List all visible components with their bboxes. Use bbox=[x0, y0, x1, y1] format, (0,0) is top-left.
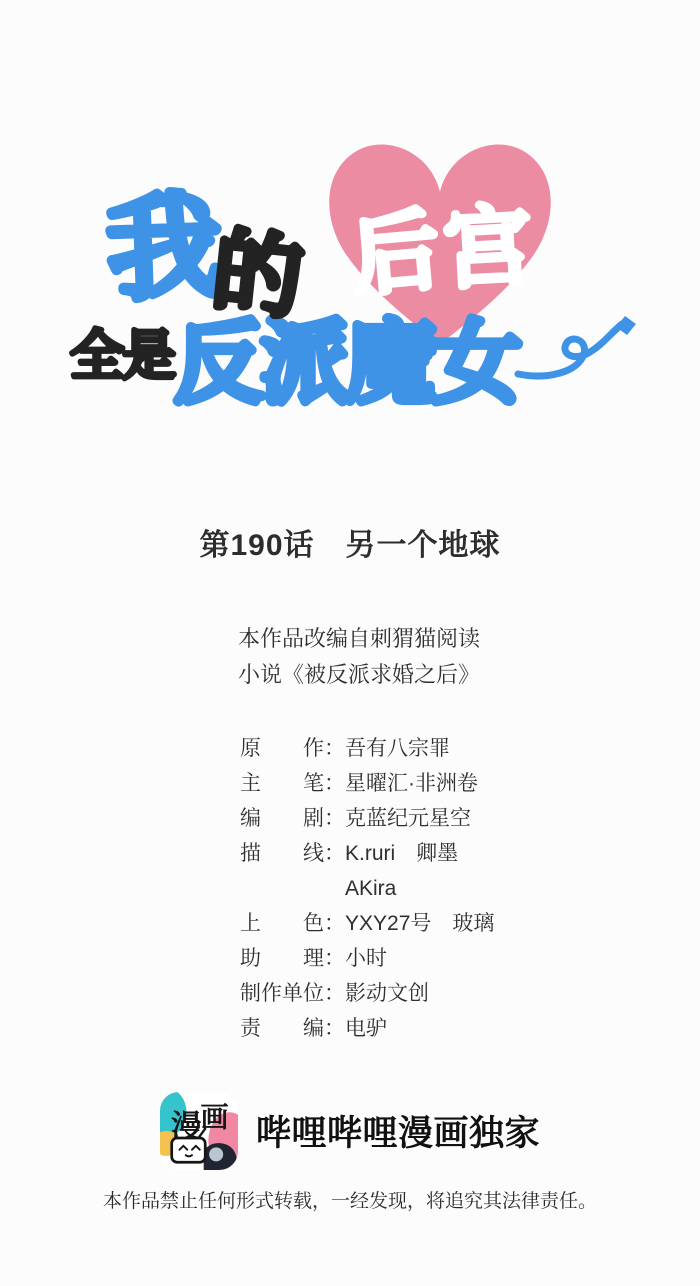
publisher-row: 漫 画 哔哩哔哩漫画独家 bbox=[0, 1091, 700, 1171]
credit-value: 小时 bbox=[345, 941, 387, 976]
credit-row-screenwriter: 编剧：克蓝纪元星空 bbox=[240, 801, 494, 836]
comic-title-page: 后 宫 全是 反派魔女 我 的 第190话 另一个地球 本作品改编自刺猬猫阅读 … bbox=[0, 0, 700, 1286]
series-title-logo: 后 宫 全是 反派魔女 我 的 bbox=[50, 128, 650, 438]
chapter-title: 第190话 另一个地球 bbox=[0, 520, 700, 564]
devil-tail-icon bbox=[518, 324, 622, 376]
credit-value: 星曜汇·非洲卷 bbox=[345, 766, 478, 801]
credit-role-label: 主笔 bbox=[240, 766, 324, 801]
credit-row-production-unit: 制作单位：影动文创 bbox=[240, 976, 494, 1011]
credit-colon: ： bbox=[324, 731, 345, 766]
logo-heart-char-2: 宫 bbox=[441, 196, 534, 299]
adaptation-line-1: 本作品改编自刺猬猫阅读 bbox=[238, 621, 480, 657]
tv-face-mouth-icon bbox=[186, 1155, 192, 1156]
bilibili-manga-app-icon: 漫 画 bbox=[160, 1091, 238, 1171]
copyright-notice: 本作品禁止任何形式转载，一经发现，将追究其法律责任。 bbox=[0, 1186, 700, 1213]
credit-row-coloring: 上色：YXY27号 玻璃 bbox=[240, 906, 494, 941]
credit-role-label: 上色 bbox=[240, 906, 324, 941]
credit-colon: ： bbox=[324, 976, 345, 1011]
credit-colon: ： bbox=[324, 1011, 345, 1046]
logo-prefix-black: 的 bbox=[208, 221, 308, 330]
credit-value: 电驴 bbox=[345, 1011, 387, 1046]
adaptation-note: 本作品改编自刺猬猫阅读 小说《被反派求婚之后》 bbox=[238, 621, 480, 693]
credit-role-label: 编剧 bbox=[240, 801, 324, 836]
adaptation-line-2: 小说《被反派求婚之后》 bbox=[238, 657, 480, 693]
credits-list: 原作：吾有八宗罪 主笔：星曜汇·非洲卷 编剧：克蓝纪元星空 描线：K.ruri … bbox=[240, 731, 494, 1046]
credit-role-label: 责编 bbox=[240, 1011, 324, 1046]
credit-row-assistant: 助理：小时 bbox=[240, 941, 494, 976]
credit-row-lead-artist: 主笔：星曜汇·非洲卷 bbox=[240, 766, 494, 801]
credit-colon: ： bbox=[324, 766, 345, 801]
series-title-logo-art: 后 宫 全是 反派魔女 我 的 bbox=[50, 128, 650, 438]
logo-prefix-blue: 我 bbox=[104, 183, 223, 315]
credit-value: 吾有八宗罪 bbox=[345, 731, 450, 766]
publisher-name: 哔哩哔哩漫画独家 bbox=[256, 1106, 540, 1156]
devil-tail-tip-icon bbox=[616, 316, 636, 335]
credit-role-label: 助理 bbox=[240, 941, 324, 976]
credit-colon: ： bbox=[324, 836, 345, 871]
logo-line2-main: 反派魔女 bbox=[174, 314, 520, 414]
credit-role-label: 原作 bbox=[240, 731, 324, 766]
logo-heart-char-1: 后 bbox=[347, 200, 443, 306]
credit-colon: ： bbox=[324, 941, 345, 976]
credit-row-editor: 责编：电驴 bbox=[240, 1011, 494, 1046]
credit-value: 影动文创 bbox=[345, 976, 429, 1011]
logo-line2-prefix: 全是 bbox=[70, 326, 175, 386]
credit-row-line-art: 描线：K.ruri 卿墨 bbox=[240, 836, 494, 871]
credit-value: 克蓝纪元星空 bbox=[345, 801, 471, 836]
credit-value: K.ruri 卿墨 bbox=[345, 836, 458, 871]
credit-row-line-art-extra: AKira bbox=[240, 871, 494, 906]
credit-value: YXY27号 玻璃 bbox=[345, 906, 494, 941]
credit-role-label: 描线 bbox=[240, 836, 324, 871]
icon-glove-icon bbox=[209, 1147, 223, 1161]
credit-row-original-author: 原作：吾有八宗罪 bbox=[240, 731, 494, 766]
credit-colon: ： bbox=[324, 801, 345, 836]
credit-role-label: 制作单位 bbox=[240, 976, 324, 1011]
credit-value: AKira bbox=[345, 871, 396, 906]
credit-colon: ： bbox=[324, 906, 345, 941]
